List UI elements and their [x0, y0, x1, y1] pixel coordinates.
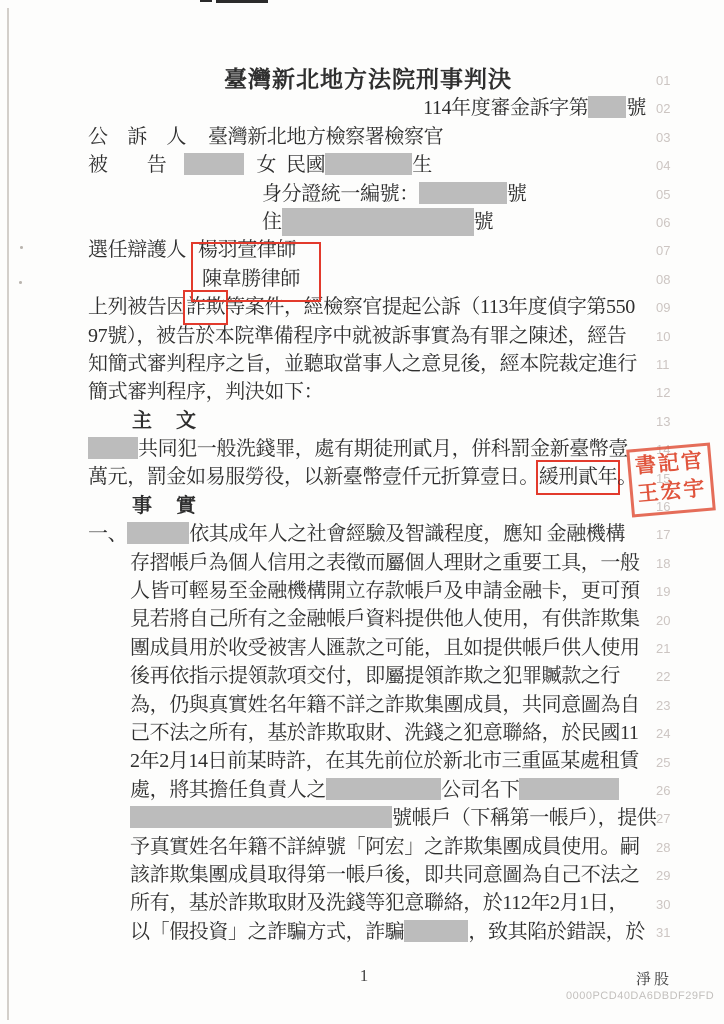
document-line-29: 該詐欺集團成員取得第一帳戶後，即共同意圖為自己不法之	[88, 861, 648, 889]
redaction-box	[326, 778, 441, 800]
text-segment: 公 訴 人	[88, 126, 186, 148]
line-number: 27	[656, 812, 686, 826]
annotation-red-box: 詐欺	[186, 293, 225, 321]
text-segment: 該詐欺集團成員取得第一帳戶後，即共同意圖為自己不法之	[130, 864, 640, 886]
page-number: 1	[88, 966, 640, 986]
annotation-red-box: 緩刑貳年	[539, 463, 617, 491]
document-line-5: 身分證統一編號：號	[88, 180, 648, 208]
text-segment: 見若將自己所有之金融帳戶資料提供他人使用，有供詐欺集	[130, 608, 640, 630]
redaction-box	[184, 153, 244, 175]
document-line-17: 一、依其成年人之社會經驗及智識程度，應知 金融機構	[88, 520, 648, 548]
line-number: 24	[656, 727, 686, 741]
document-line-8: 陳韋勝律師	[88, 265, 648, 293]
text-segment: 處，將其擔任負責人之	[130, 779, 326, 801]
line-number: 12	[656, 386, 686, 400]
line-number: 20	[656, 614, 686, 628]
scanned-judgment-page: 0102030405060708091011121314151617181920…	[0, 0, 724, 1024]
text-segment: 公司名下	[441, 779, 519, 801]
line-number: 02	[656, 102, 686, 116]
text-segment: 97號），被告於本院準備程序中就被訴事實為有罪之陳述，經告	[88, 325, 626, 347]
scan-speck	[20, 246, 23, 249]
line-number: 18	[656, 557, 686, 571]
line-number: 22	[656, 670, 686, 684]
text-segment: 等案件，經檢察官提起公訴（113年度偵字第550	[225, 296, 635, 318]
text-segment: 予真實姓名年籍不詳綽號「阿宏」之詐欺集團成員使用。嗣	[130, 836, 640, 858]
document-line-19: 人皆可輕易至金融機構開立存款帳戶及申請金融卡，更可預	[88, 577, 648, 605]
line-number: 25	[656, 756, 686, 770]
scan-speck	[19, 281, 22, 284]
document-line-18: 存摺帳戶為個人信用之表徵而屬個人理財之重要工具，一般	[88, 549, 648, 577]
document-line-28: 予真實姓名年籍不詳綽號「阿宏」之詐欺集團成員使用。嗣	[88, 833, 648, 861]
document-line-3: 公 訴 人臺灣新北地方檢察署檢察官	[88, 123, 648, 151]
document-line-1: 臺灣新北地方法院刑事判決	[88, 66, 648, 94]
scan-edge-line	[7, 8, 9, 1020]
line-number: 13	[656, 415, 686, 429]
document-line-2: 114年度審金訴字第號	[88, 94, 648, 122]
document-line-9: 上列被告因詐欺等案件，經檢察官提起公訴（113年度偵字第550	[88, 293, 648, 321]
text-segment: ，致其陷於錯誤，於	[468, 921, 644, 943]
document-line-21: 團成員用於收受被害人匯款之可能，且如提供帳戶供人使用	[88, 634, 648, 662]
clerk-stamp: 書記官 王宏宇	[626, 442, 716, 517]
document-line-15: 萬元，罰金如易服勞役，以新臺幣壹仟元折算壹日。緩刑貳年。	[88, 463, 648, 491]
document-line-27: 號帳戶（下稱第一帳戶），提供	[88, 804, 648, 832]
document-line-24: 己不法之所有，基於詐欺取財、洗錢之犯意聯絡，於民國11	[88, 719, 648, 747]
document-body: 臺灣新北地方法院刑事判決114年度審金訴字第號公 訴 人臺灣新北地方檢察署檢察官…	[88, 66, 648, 946]
text-segment: 事 實	[132, 495, 198, 517]
document-line-7: 選任辯護人楊羽萱律師	[88, 236, 648, 264]
text-segment: 知簡式審判程序之旨，並聽取當事人之意見後，經本院裁定進行	[88, 353, 637, 375]
text-segment: 被 告	[88, 154, 166, 176]
redaction-box	[127, 522, 189, 544]
text-segment: 號	[626, 97, 646, 119]
text-segment: 女	[256, 154, 276, 176]
document-line-26: 處，將其擔任負責人之公司名下	[88, 776, 648, 804]
line-number: 07	[656, 244, 686, 258]
text-segment: 為，仍與真實姓名年籍不詳之詐欺集團成員，共同意圖為自	[130, 694, 640, 716]
document-line-14: 共同犯一般洗錢罪，處有期徒刑貳月，併科罰金新臺幣壹	[88, 435, 648, 463]
line-number: 06	[656, 216, 686, 230]
document-line-23: 為，仍與真實姓名年籍不詳之詐欺集團成員，共同意圖為自	[88, 691, 648, 719]
text-segment: 一、	[88, 523, 127, 545]
text-segment: 萬元，罰金如易服勞役，以新臺幣壹仟元折算壹日。	[88, 466, 539, 488]
line-number: 17	[656, 528, 686, 542]
document-barcode-id: 0000PCD40DA6DBDF29FD	[566, 990, 716, 1002]
line-number: 08	[656, 273, 686, 287]
text-segment: 存摺帳戶為個人信用之表徵而屬個人理財之重要工具，一般	[130, 552, 640, 574]
document-line-25: 2年2月14日前某時許，在其先前位於新北市三重區某處租賃	[88, 747, 648, 775]
text-segment: 依其成年人之社會經驗及智識程度，應知 金融機構	[189, 523, 625, 545]
document-line-31: 以「假投資」之詐騙方式，詐騙，致其陷於錯誤，於	[88, 918, 648, 946]
redaction-box	[88, 437, 138, 459]
text-segment: 楊羽萱律師	[198, 239, 296, 261]
redaction-box	[325, 153, 412, 175]
redaction-box	[419, 182, 507, 204]
document-line-11: 知簡式審判程序之旨，並聽取當事人之意見後，經本院裁定進行	[88, 350, 648, 378]
scan-artifact	[200, 0, 212, 2]
document-line-12: 簡式審判程序，判決如下：	[88, 378, 648, 406]
court-unit-label: 淨股	[616, 968, 672, 989]
text-segment: 所有，基於詐欺取財及洗錢等犯意聯絡，於112年2月1日，	[130, 892, 628, 914]
text-segment: 號	[474, 211, 494, 233]
redaction-box	[519, 778, 619, 800]
text-segment: 住	[262, 211, 282, 233]
text-segment: 以「假投資」之詐騙方式，詐騙	[130, 921, 404, 943]
line-number: 31	[656, 926, 686, 940]
text-segment: 團成員用於收受被害人匯款之可能，且如提供帳戶供人使用	[130, 637, 640, 659]
redaction-box	[404, 920, 468, 942]
text-segment: 民國	[286, 154, 325, 176]
text-segment: 上列被告因	[88, 296, 186, 318]
text-segment: 主 文	[132, 410, 198, 432]
line-number: 11	[656, 358, 686, 372]
document-line-30: 所有，基於詐欺取財及洗錢等犯意聯絡，於112年2月1日，	[88, 889, 648, 917]
text-segment: 2年2月14日前某時許，在其先前位於新北市三重區某處租賃	[130, 750, 639, 772]
document-line-16: 事 實	[88, 492, 648, 520]
document-line-22: 後再依指示提領款項交付，即屬提領詐欺之犯罪贓款之行	[88, 662, 648, 690]
line-number: 30	[656, 898, 686, 912]
line-number: 19	[656, 585, 686, 599]
line-number: 10	[656, 330, 686, 344]
text-segment: 人皆可輕易至金融機構開立存款帳戶及申請金融卡，更可預	[130, 580, 640, 602]
text-segment: 陳韋勝律師	[202, 268, 300, 290]
text-segment: 號	[507, 183, 527, 205]
text-segment: 號帳戶（下稱第一帳戶），提供	[392, 807, 656, 829]
document-line-10: 97號），被告於本院準備程序中就被訴事實為有罪之陳述，經告	[88, 322, 648, 350]
text-segment: 選任辯護人	[88, 239, 186, 261]
document-line-4: 被 告女民國生	[88, 151, 648, 179]
line-number: 09	[656, 301, 686, 315]
line-number: 23	[656, 699, 686, 713]
document-line-13: 主 文	[88, 407, 648, 435]
redaction-box	[130, 806, 392, 828]
text-segment: 共同犯一般洗錢罪，處有期徒刑貳月，併科罰金新臺幣壹	[138, 438, 628, 460]
line-number: 03	[656, 131, 686, 145]
text-segment: 114年度審金訴字第	[423, 97, 588, 119]
text-segment: 身分證統一編號：	[262, 183, 419, 205]
text-segment: 臺灣新北地方檢察署檢察官	[208, 126, 443, 148]
line-number: 04	[656, 159, 686, 173]
text-segment: 簡式審判程序，判決如下：	[88, 381, 323, 403]
line-number: 05	[656, 188, 686, 202]
document-line-20: 見若將自己所有之金融帳戶資料提供他人使用，有供詐欺集	[88, 605, 648, 633]
text-segment: 己不法之所有，基於詐欺取財、洗錢之犯意聯絡，於民國11	[130, 722, 638, 744]
redaction-box	[588, 96, 626, 118]
line-number: 29	[656, 869, 686, 883]
redaction-box	[282, 208, 474, 236]
scan-artifact	[216, 0, 268, 3]
text-segment: 生	[412, 154, 432, 176]
line-number: 21	[656, 642, 686, 656]
line-number: 28	[656, 841, 686, 855]
text-segment: 臺灣新北地方法院刑事判決	[224, 67, 512, 92]
text-segment: 後再依指示提領款項交付，即屬提領詐欺之犯罪贓款之行	[130, 665, 620, 687]
clerk-stamp-name: 王宏宇	[632, 474, 712, 509]
line-number: 26	[656, 784, 686, 798]
line-number: 01	[656, 74, 686, 88]
document-line-6: 住號	[88, 208, 648, 236]
